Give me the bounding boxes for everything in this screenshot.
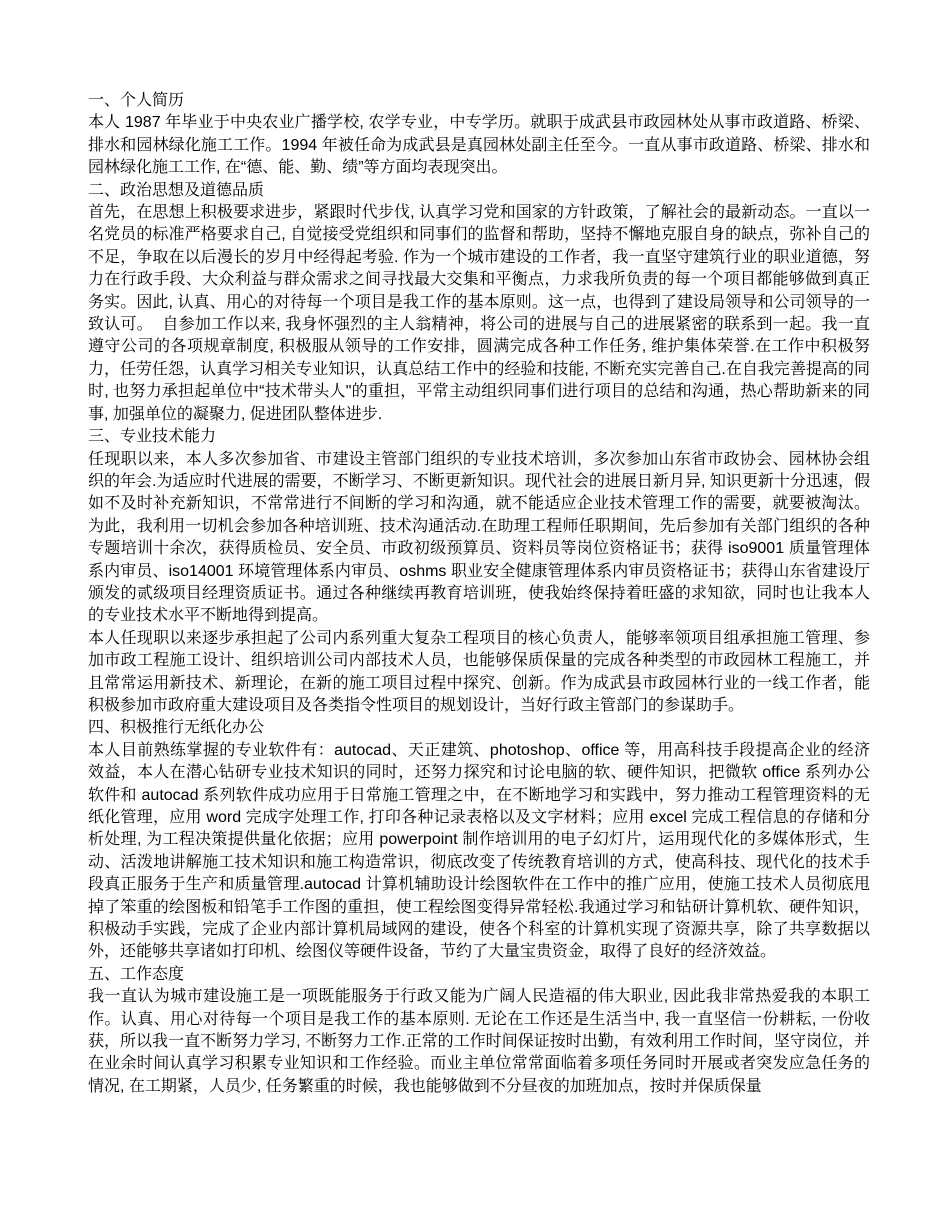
section-heading: 一、个人简历 (88, 90, 870, 112)
section-heading: 二、政治思想及道德品质 (88, 180, 870, 202)
paragraph: 本人目前熟练掌握的专业软件有：autocad、天正建筑、photoshop、of… (88, 740, 870, 964)
paragraph: 本人任现职以来逐步承担起了公司内系列重大复杂工程项目的核心负责人，能够率领项目组… (88, 628, 870, 718)
section-heading: 五、工作态度 (88, 964, 870, 986)
document-body: 一、个人简历本人 1987 年毕业于中央农业广播学校, 农学专业，中专学历。就职… (88, 90, 870, 1098)
section-heading: 三、专业技术能力 (88, 426, 870, 448)
paragraph: 首先，在思想上积极要求进步，紧跟时代步伐, 认真学习党和国家的方针政策，了解社会… (88, 202, 870, 426)
section-heading: 四、积极推行无纸化办公 (88, 717, 870, 739)
paragraph: 我一直认为城市建设施工是一项既能服务于行政又能为广阔人民造福的伟大职业, 因此我… (88, 986, 870, 1098)
document-page: 一、个人简历本人 1987 年毕业于中央农业广播学校, 农学专业，中专学历。就职… (88, 90, 870, 1098)
paragraph: 本人 1987 年毕业于中央农业广播学校, 农学专业，中专学历。就职于成武县市政… (88, 112, 870, 179)
paragraph: 任现职以来，本人多次参加省、市建设主管部门组织的专业技术培训，多次参加山东省市政… (88, 449, 870, 628)
